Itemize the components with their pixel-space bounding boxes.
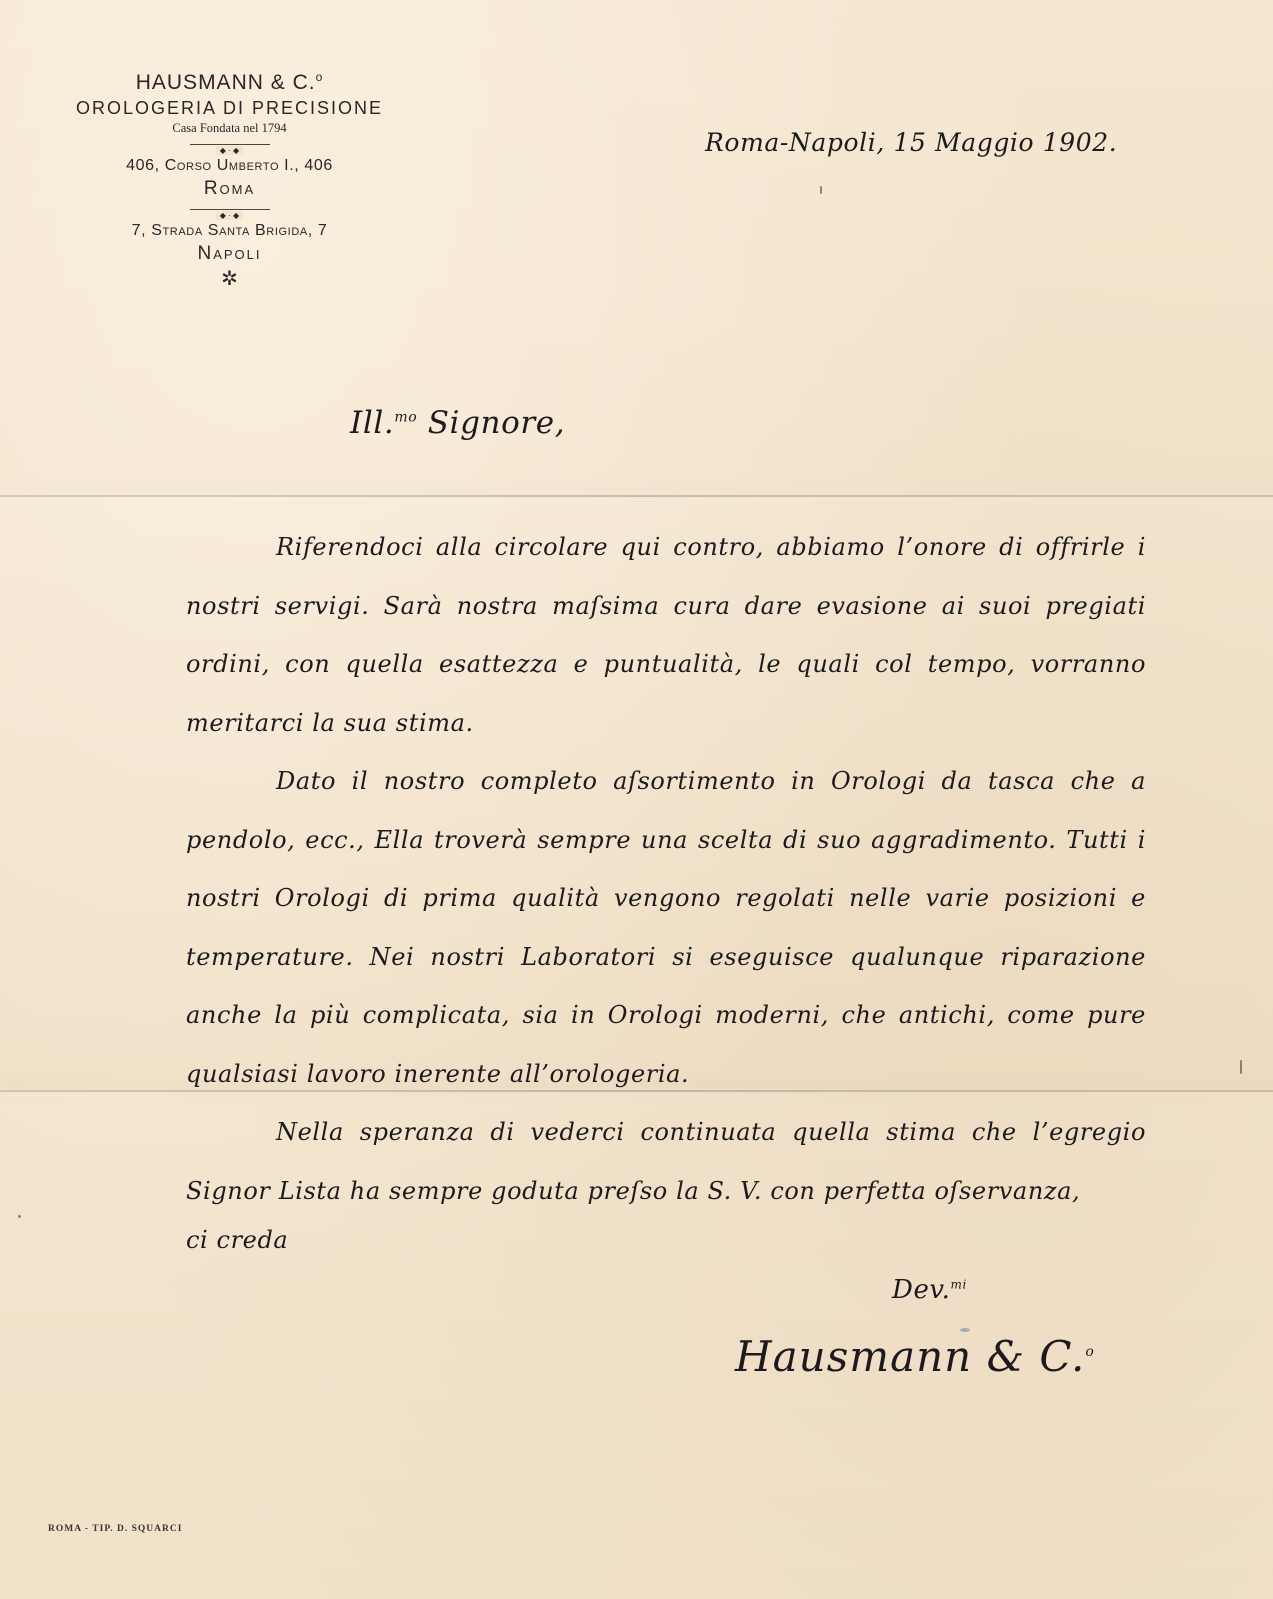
roma-city: Roma: [52, 177, 407, 201]
ink-blot: [960, 1328, 970, 1332]
ornamental-divider: ◆ · ◆: [190, 141, 270, 149]
star-ornament-icon: ✲: [52, 268, 407, 290]
salutation-superscript: mo: [394, 410, 417, 426]
closing-phrase: ci creda: [186, 1226, 288, 1254]
salutation: Ill.mo Signore,: [350, 405, 565, 441]
signature-prefix: Dev.mi: [892, 1275, 967, 1305]
paper-speck: [1240, 1060, 1242, 1074]
paper-speck: [820, 186, 822, 194]
paper-speck: [18, 1215, 21, 1218]
divider-ornament-icon: ◆ · ◆: [216, 211, 243, 220]
founded-note: Casa Fondata nel 1794: [52, 120, 407, 136]
salutation-word: Signore,: [428, 405, 565, 441]
company-trade: OROLOGERIA DI PRECISIONE: [52, 96, 407, 120]
roma-address: 406, Corso Umberto I., 406: [52, 155, 407, 177]
paper-fold-upper: [0, 495, 1273, 497]
body-paragraph: Nella speranza di vederci continuata que…: [186, 1103, 1146, 1220]
napoli-address: 7, Strada Santa Brigida, 7: [52, 220, 407, 242]
company-superscript: o: [316, 70, 324, 84]
body-paragraph: Riferendoci alla circolare qui contro, a…: [186, 518, 1146, 752]
body-paragraph: Dato il nostro completo aſsortimento in …: [186, 752, 1146, 1103]
napoli-city: Napoli: [52, 242, 407, 266]
printer-mark: ROMA - TIP. D. SQUARCI: [48, 1524, 182, 1534]
letterhead: HAUSMANN & C.o OROLOGERIA DI PRECISIONE …: [52, 64, 407, 290]
letter-body: Riferendoci alla circolare qui contro, a…: [186, 518, 1146, 1220]
signature: Hausmann & C.o: [735, 1332, 1095, 1381]
ornamental-divider: ◆ · ◆: [190, 206, 270, 214]
salutation-prefix: Ill.: [350, 405, 394, 441]
divider-ornament-icon: ◆ · ◆: [216, 146, 243, 155]
date-line: Roma-Napoli, 15 Maggio 1902.: [705, 128, 1117, 157]
company-name: HAUSMANN & C.o: [52, 64, 407, 96]
